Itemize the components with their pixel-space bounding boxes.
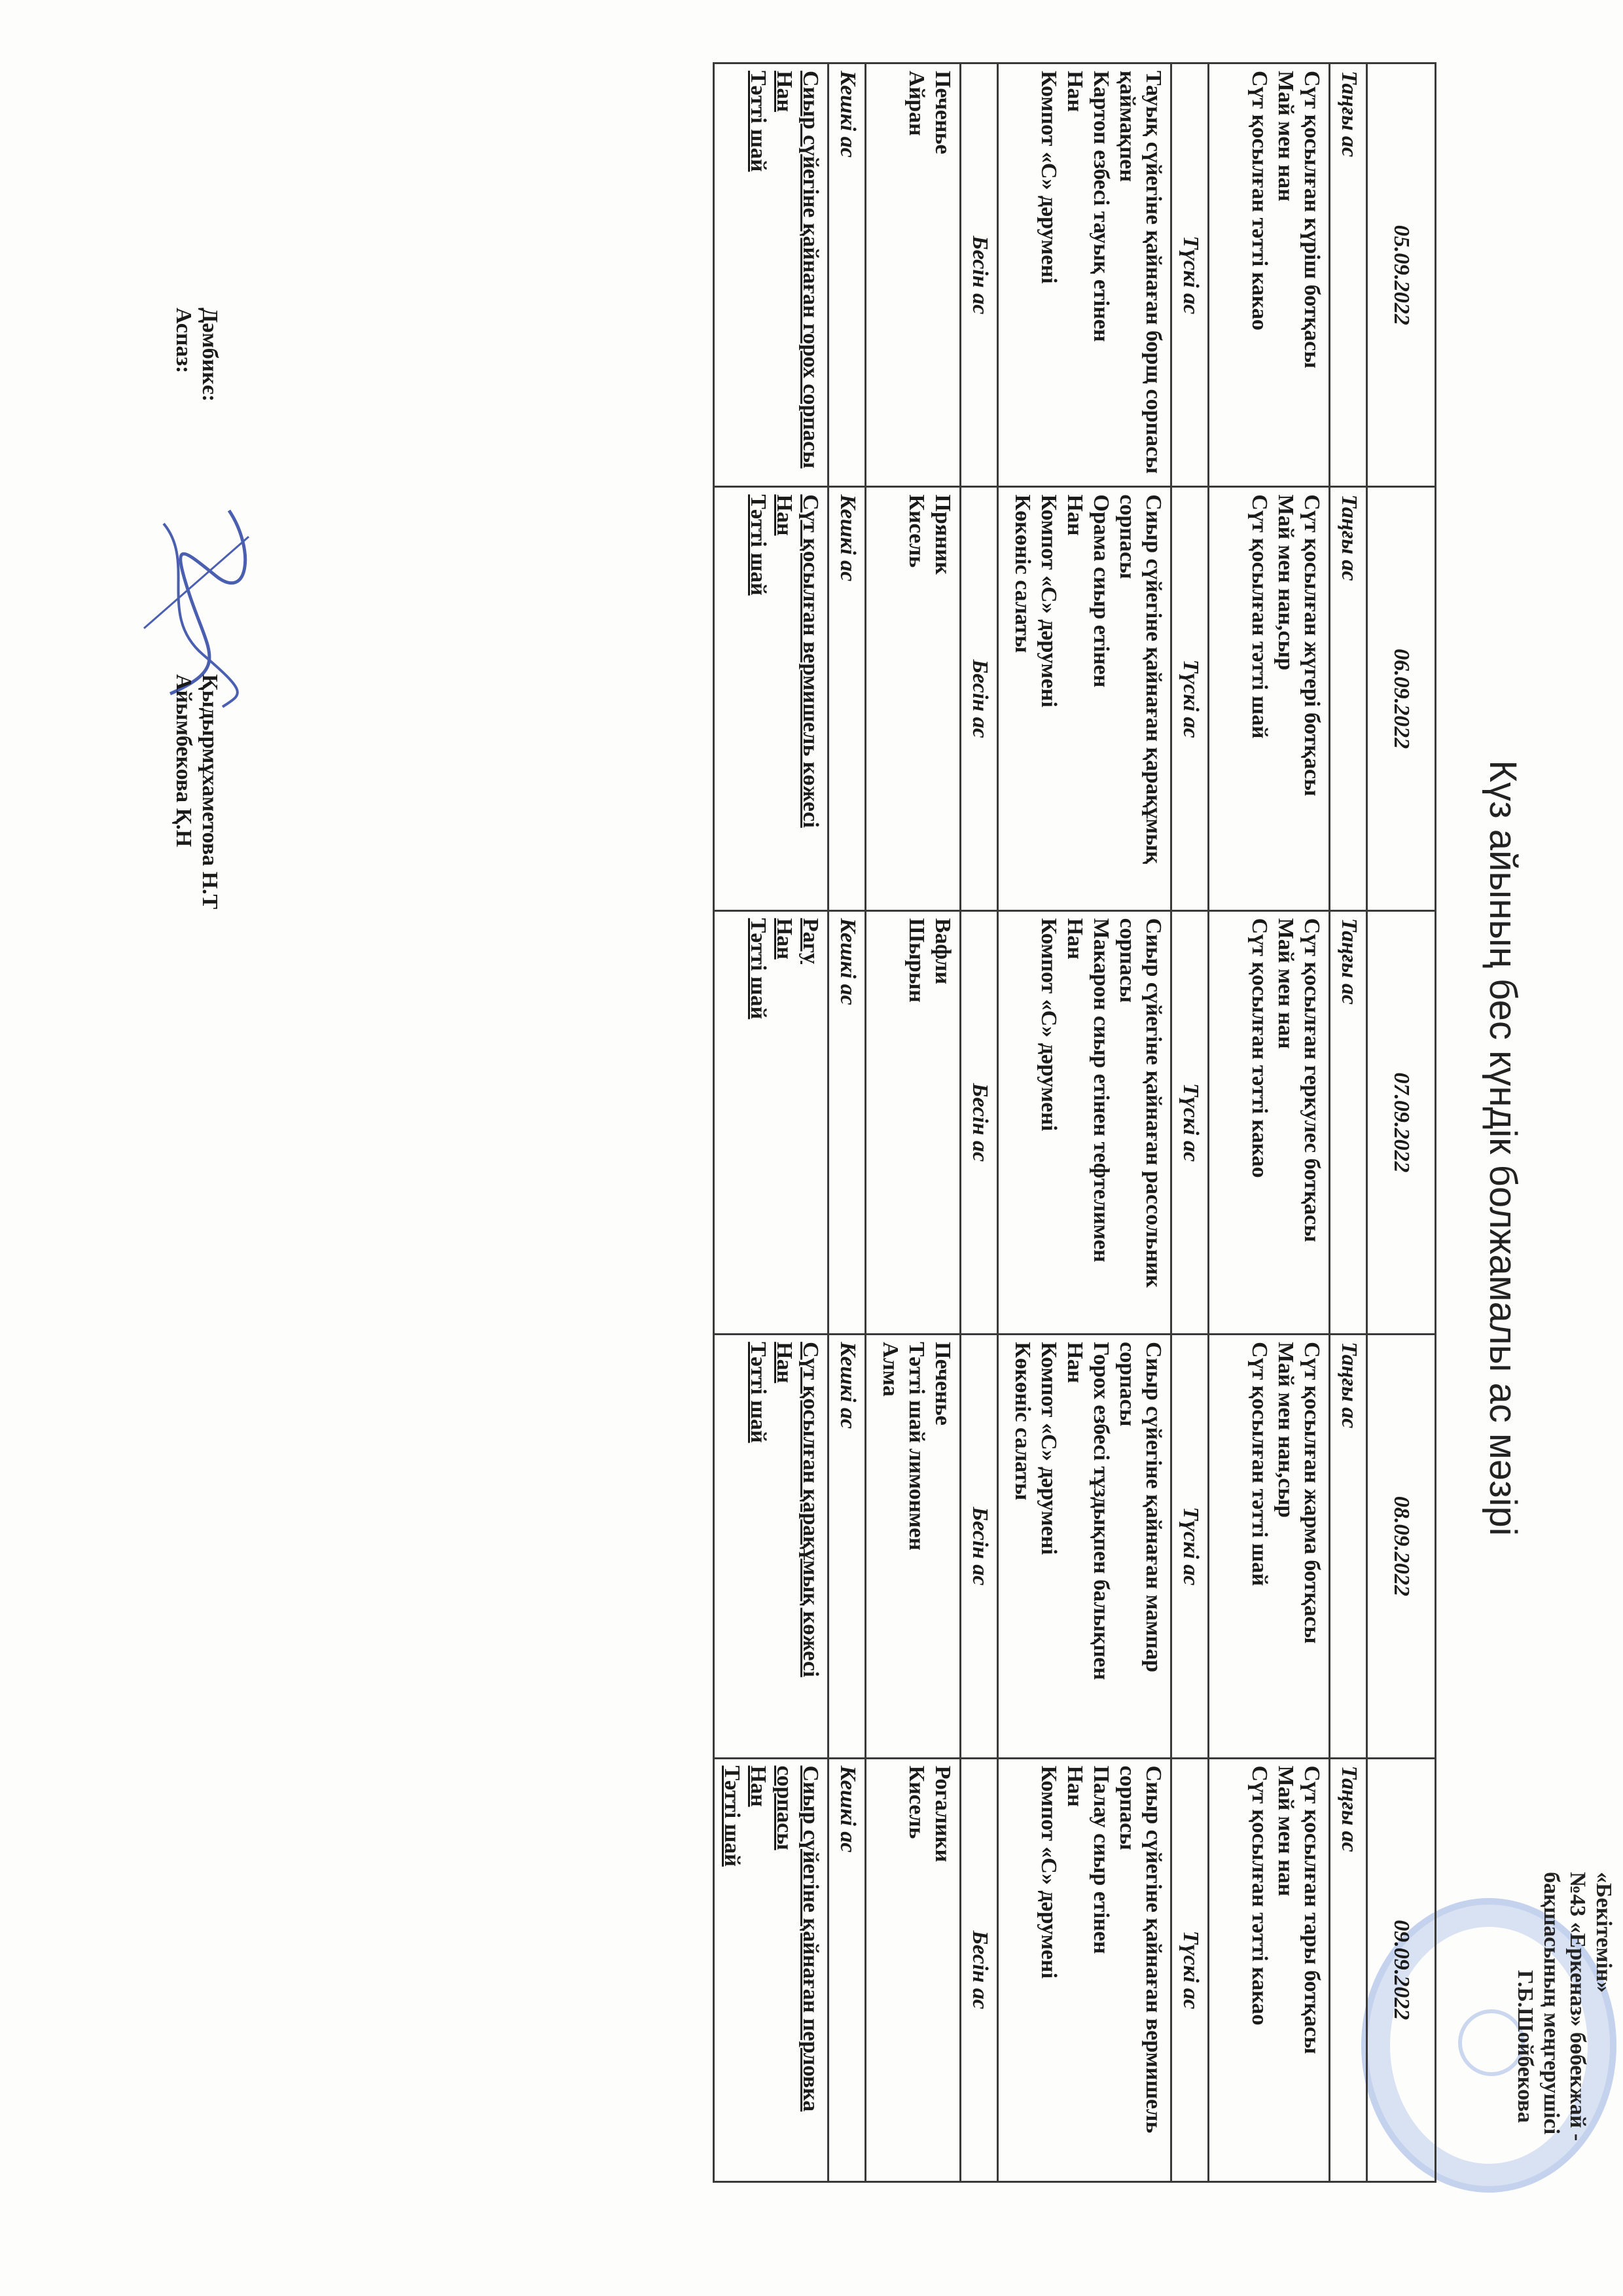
dish-item: Нан	[1061, 918, 1088, 1327]
dinner-dishes: РагуНанТәтті шай	[714, 910, 829, 1334]
dish-item: Кисель	[903, 494, 929, 903]
dish-item: Тауық сүйегіне қайнаған борщ сорпасы қай…	[1114, 71, 1166, 479]
dish-item: Кисель	[903, 1766, 929, 2174]
dinner-label: Кешкі ас	[829, 1758, 866, 2181]
lunch-label: Түскі ас	[1171, 487, 1209, 910]
snack-label: Бесін ас	[961, 1335, 998, 1758]
dish-item: Компот «С» дәрумені	[1035, 1342, 1061, 1750]
cook-name: Айымбекова Қ.Н	[170, 674, 196, 847]
dish-item: Тәтті шай	[719, 1766, 745, 2174]
dish-item: Тәтті шай лимонмен	[903, 1342, 929, 1750]
dish-item: Нан	[771, 494, 797, 903]
breakfast-dishes: Сүт қосылған күріш ботқасыМай мен нанСүт…	[1209, 63, 1330, 487]
dinner-dishes: Сиыр сүйегіне қайнаған горох сорпасыНанТ…	[714, 63, 829, 487]
lunch-label: Түскі ас	[1171, 63, 1209, 487]
dish-item: Сүт қосылған жүгері ботқасы	[1298, 494, 1325, 903]
dish-item: Шырын	[903, 918, 929, 1327]
nurse-label: Дәмбикє:	[196, 308, 223, 674]
dish-item: Көкөніс салаты	[1009, 1342, 1035, 1750]
lunch-dishes: Сиыр сүйегіне қайнаған вермишель сорпасы…	[998, 1758, 1171, 2181]
dish-item: Нан	[771, 918, 797, 1327]
dish-item: Горох езбесі тұздықпен балықпен	[1088, 1342, 1114, 1750]
breakfast-label: Таңғы ас	[1330, 487, 1367, 910]
approval-block: «Бекітемін» №43 «Еркеназ» бөбекжай - бақ…	[1512, 1872, 1616, 2265]
dish-item: Тәтті шай	[745, 918, 771, 1327]
dish-item: Сүт қосылған тәтті какао	[1246, 918, 1272, 1327]
lunch-dishes: Сиыр сүйегіне қайнаған рассольник сорпас…	[998, 910, 1171, 1334]
dish-item: Май мен нан	[1272, 1766, 1298, 2174]
snack-dishes: РогаликиКисель	[866, 1758, 961, 2181]
dish-item: Компот «С» дәрумені	[1035, 494, 1061, 903]
page-title: Күз айының бес күндік болжамалы ас мәзір…	[1481, 0, 1525, 2296]
breakfast-label: Таңғы ас	[1330, 1335, 1367, 1758]
dish-item: Сүт қосылған тәтті шай	[1246, 494, 1272, 903]
lunch-label-row: Түскі асТүскі асТүскі асТүскі асТүскі ас	[1171, 63, 1209, 2182]
dish-item: Печенье	[929, 71, 955, 479]
dish-item: Рогалики	[929, 1766, 955, 2174]
dish-item: Сиыр сүйегіне қайнаған горох сорпасы	[797, 71, 823, 479]
dish-item: Нан	[1061, 494, 1088, 903]
snack-dishes: ПеченьеТәтті шай лимонменАлма	[866, 1335, 961, 1758]
dish-item: Нан	[1061, 1766, 1088, 2174]
breakfast-dishes: Сүт қосылған тары ботқасыМай мен нанСүт …	[1209, 1758, 1330, 2181]
date-header: 08.09.2022	[1367, 1335, 1436, 1758]
snack-label: Бесін ас	[961, 487, 998, 910]
nurse-name: Қыдырмұхаметова Н.Т	[196, 674, 223, 909]
dish-item: Сиыр сүйегіне қайнаған рассольник сорпас…	[1114, 918, 1166, 1327]
dish-item: Айран	[903, 71, 929, 479]
dinner-dishes: Сүт қосылған вермишель көжесіНанТәтті ша…	[714, 487, 829, 910]
snack-label: Бесін ас	[961, 63, 998, 487]
dish-item: Тәтті шай	[745, 71, 771, 479]
breakfast-dishes: Сүт қосылған жүгері ботқасыМай мен нан,с…	[1209, 487, 1330, 910]
breakfast-dishes: Сүт қосылған жарма ботқасыМай мен нан,сы…	[1209, 1335, 1330, 1758]
breakfast-dishes: Сүт қосылған геркулес ботқасыМай мен нан…	[1209, 910, 1330, 1334]
dish-item: Тәтті шай	[745, 494, 771, 903]
lunch-label: Түскі ас	[1171, 910, 1209, 1334]
dish-item: Пряник	[929, 494, 955, 903]
lunch-label: Түскі ас	[1171, 1335, 1209, 1758]
dish-item: Сүт қосылған тәтті какао	[1246, 1766, 1272, 2174]
breakfast-label: Таңғы ас	[1330, 1758, 1367, 2181]
dinner-label: Кешкі ас	[829, 1335, 866, 1758]
dish-item: Сүт қосылған вермишель көжесі	[797, 494, 823, 903]
menu-document: «Бекітемін» №43 «Еркеназ» бөбекжай - бақ…	[0, 0, 1623, 2296]
dish-item: Көкөніс салаты	[1009, 494, 1035, 903]
dish-item: Нан	[1061, 71, 1088, 479]
dish-item: Сүт қосылған геркулес ботқасы	[1298, 918, 1325, 1327]
lunch-label: Түскі ас	[1171, 1758, 1209, 2181]
dish-item: Макарон сиыр етінен тефтелимен	[1088, 918, 1114, 1327]
dish-item: Май мен нан	[1272, 71, 1298, 479]
dinner-dishes: Сиыр сүйегіне қайнаған перловка сорпасыН…	[714, 1758, 829, 2181]
snack-dishes: ПряникКисель	[866, 487, 961, 910]
dish-item: Май мен нан	[1272, 918, 1298, 1327]
approval-line: бақшасының меңгерушісі	[1538, 1872, 1564, 2265]
dish-item: Нан	[745, 1766, 771, 2174]
dish-item: Май мен нан,сыр	[1272, 1342, 1298, 1750]
date-header: 05.09.2022	[1367, 63, 1436, 487]
dish-item: Сиыр сүйегіне қайнаған вермишель сорпасы	[1114, 1766, 1166, 2174]
dish-item: Сиыр сүйегіне қайнаған қарақұмық сорпасы	[1114, 494, 1166, 903]
date-header: 09.09.2022	[1367, 1758, 1436, 2181]
snack-label-row: Бесін асБесін асБесін асБесін асБесін ас	[961, 63, 998, 2182]
dinner-label-row: Кешкі асКешкі асКешкі асКешкі асКешкі ас	[829, 63, 866, 2182]
breakfast-label: Таңғы ас	[1330, 910, 1367, 1334]
dish-item: Орама сиыр етінен	[1088, 494, 1114, 903]
dish-item: Тәтті шай	[745, 1342, 771, 1750]
dinner-items-row: Сиыр сүйегіне қайнаған горох сорпасыНанТ…	[714, 63, 829, 2182]
dinner-label: Кешкі ас	[829, 63, 866, 487]
breakfast-label: Таңғы ас	[1330, 63, 1367, 487]
breakfast-items-row: Сүт қосылған күріш ботқасыМай мен нанСүт…	[1209, 63, 1330, 2182]
date-header: 06.09.2022	[1367, 487, 1436, 910]
lunch-dishes: Тауық сүйегіне қайнаған борщ сорпасы қай…	[998, 63, 1171, 487]
dish-item: Печенье	[929, 1342, 955, 1750]
menu-table: 05.09.202206.09.202207.09.202208.09.2022…	[713, 62, 1436, 2183]
dish-item: Палау сиыр етінен	[1088, 1766, 1114, 2174]
dish-item: Компот «С» дәрумені	[1035, 71, 1061, 479]
date-header-row: 05.09.202206.09.202207.09.202208.09.2022…	[1367, 63, 1436, 2182]
dish-item: Май мен нан,сыр	[1272, 494, 1298, 903]
dish-item: Сүт қосылған тәтті шай	[1246, 1342, 1272, 1750]
dish-item: Вафли	[929, 918, 955, 1327]
lunch-dishes: Сиыр сүйегіне қайнаған мампар сорпасыГор…	[998, 1335, 1171, 1758]
signatures-footer: Дәмбикє: Қыдырмұхаметова Н.Т Аспаз: Айым…	[170, 308, 223, 909]
dish-item: Нан	[1061, 1342, 1088, 1750]
dish-item: Сиыр сүйегіне қайнаған перловка сорпасы	[771, 1766, 823, 2174]
dish-item: Алма	[877, 1342, 903, 1750]
dish-item: Сүт қосылған тәтті какао	[1246, 71, 1272, 479]
dinner-label: Кешкі ас	[829, 487, 866, 910]
date-header: 07.09.2022	[1367, 910, 1436, 1334]
dish-item: Сүт қосылған жарма ботқасы	[1298, 1342, 1325, 1750]
dish-item: Сүт қосылған тары ботқасы	[1298, 1766, 1325, 2174]
snack-label: Бесін ас	[961, 1758, 998, 2181]
cook-label: Аспаз:	[170, 308, 196, 674]
dinner-dishes: Сүт қосылған қарақұмық көжесіНанТәтті ша…	[714, 1335, 829, 1758]
approval-line: №43 «Еркеназ» бөбекжай -	[1564, 1872, 1590, 2265]
dish-item: Нан	[771, 71, 797, 479]
dish-item: Компот «С» дәрумені	[1035, 1766, 1061, 2174]
snack-items-row: ПеченьеАйранПряникКисельВафлиШырынПечень…	[866, 63, 961, 2182]
breakfast-label-row: Таңғы асТаңғы асТаңғы асТаңғы асТаңғы ас	[1330, 63, 1367, 2182]
snack-dishes: ВафлиШырын	[866, 910, 961, 1334]
dish-item: Компот «С» дәрумені	[1035, 918, 1061, 1327]
dish-item: Сиыр сүйегіне қайнаған мампар сорпасы	[1114, 1342, 1166, 1750]
lunch-items-row: Тауық сүйегіне қайнаған борщ сорпасы қай…	[998, 63, 1171, 2182]
dish-item: Картоп езбесі тауық етінен	[1088, 71, 1114, 479]
lunch-dishes: Сиыр сүйегіне қайнаған қарақұмық сорпасы…	[998, 487, 1171, 910]
dinner-label: Кешкі ас	[829, 910, 866, 1334]
snack-dishes: ПеченьеАйран	[866, 63, 961, 487]
snack-label: Бесін ас	[961, 910, 998, 1334]
dish-item: Нан	[771, 1342, 797, 1750]
dish-item: Сүт қосылған қарақұмық көжесі	[797, 1342, 823, 1750]
dish-item: Сүт қосылған күріш ботқасы	[1298, 71, 1325, 479]
approval-line: «Бекітемін»	[1590, 1872, 1616, 2265]
dish-item: Рагу	[797, 918, 823, 1327]
